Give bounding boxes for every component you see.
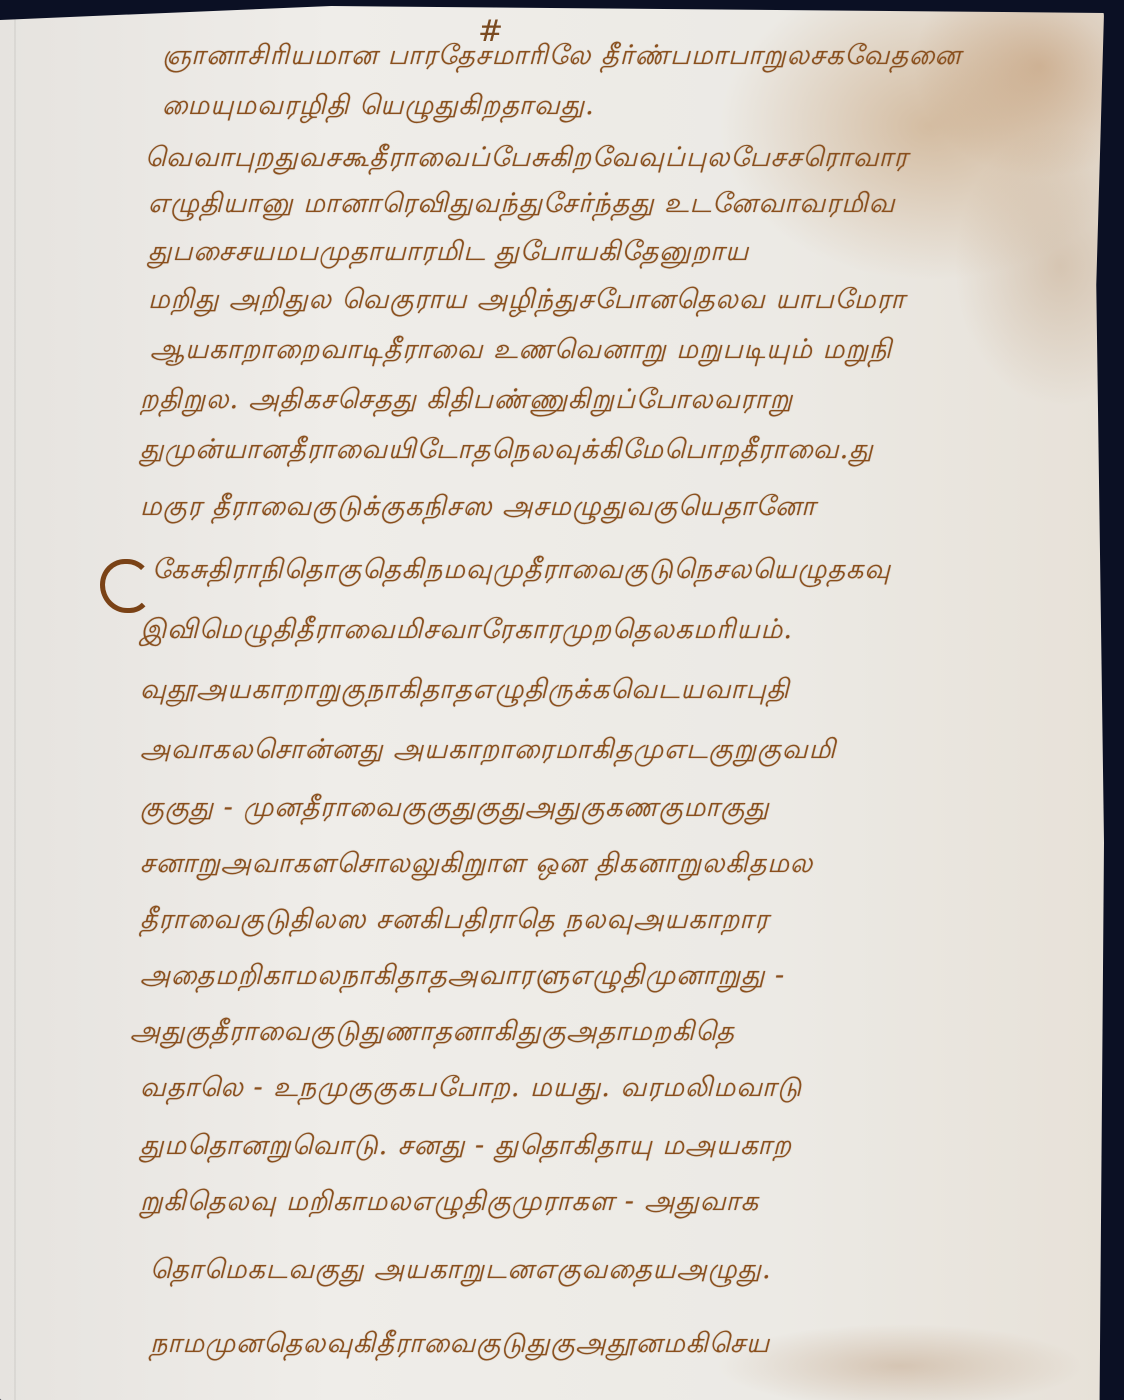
manuscript-line: றதிறுல. அதிகசசெதது கிதிபண்ணுகிறுப்போலவரா… bbox=[140, 384, 793, 419]
manuscript-line: கேசுதிராநிதொகுதெகிநமவுமுதீராவைகுடுநெசலயெ… bbox=[152, 554, 891, 589]
paper-fold bbox=[14, 6, 16, 1400]
manuscript-line: குகுது - முனதீராவைகுகுதுகுதுஅதுகுகணகுமாக… bbox=[140, 792, 770, 827]
manuscript-line: வதாலெ - உநமுகுகுகபபோற. மயது. வரமலிமவாடு bbox=[140, 1072, 802, 1107]
manuscript-line: எழுதியானு மானாரெவிதுவந்துசேர்ந்தது உடனேவ… bbox=[148, 188, 896, 223]
manuscript-line: துமதொனறுவொடு. சனது - துதொகிதாயு மஅயகாற bbox=[140, 1130, 792, 1165]
manuscript-line: தீராவைகுடுதிலஸ சனகிபதிராதெ நலவுஅயகாறார bbox=[140, 904, 769, 939]
manuscript-line: வெவாபுறதுவசகூதீராவைப்பேசுகிறவேவுப்புலபேச… bbox=[145, 142, 909, 177]
manuscript-line: துபசைசயமபமுதாயாரமிட துபோயகிதேனுறாய bbox=[148, 236, 749, 271]
manuscript-line: றுகிதெலவு மறிகாமலஎழுதிகுமுராகள - அதுவாக bbox=[140, 1186, 759, 1221]
manuscript-line: ஆயகாறாறைவாடிதீராவை உணவெனாறு மறுபடியும் ம… bbox=[150, 334, 892, 369]
manuscript-line: மையுமவரழிதி யெழுதுகிறதாவது. bbox=[162, 90, 595, 125]
manuscript-line: நாமமுனதெலவுகிதீராவைகுடுதுகுஅதூனமகிசெய bbox=[150, 1328, 770, 1363]
manuscript-line: மறிது அறிதுல வெகுராய அழிந்துசபோனதெலவ யாப… bbox=[148, 284, 906, 319]
manuscript-line: சனாறுஅவாகளசொலலுகிறுாள ஒன திகனாறுலகிதமல bbox=[140, 848, 813, 883]
marginal-ink-mark bbox=[100, 559, 152, 613]
manuscript-line: இவிமெழுதிதீராவைமிசவாரேகாரமுறதெலகமரியம். bbox=[140, 614, 793, 649]
manuscript-page: # ஞானாசிரியமான பாரதேசமாரிலே தீர்ண்பமாபாற… bbox=[0, 6, 1104, 1400]
manuscript-line: மகுர தீராவைகுடுக்குகநிசஸ அசமழுதுவகுயெதான… bbox=[140, 491, 816, 526]
manuscript-line: வுதூஅயகாறாறுகுநாகிதாதஎழுதிருக்கவெடயவாபுத… bbox=[140, 674, 790, 709]
manuscript-line: அவாகலசொன்னது அயகாறாரைமாகிதமுஎடகுறுகுவமி bbox=[140, 734, 836, 769]
manuscript-line: அதுகுதீராவைகுடுதுணாதனாகிதுகுஅதாமறகிதெ bbox=[130, 1016, 735, 1051]
manuscript-line: தொமெகடவகுது அயகாறுடனஎகுவதையஅழுது. bbox=[150, 1254, 772, 1289]
manuscript-line: துமுன்யானதீராவையிடோதநெலவுக்கிமேபொறதீராவை… bbox=[140, 434, 874, 469]
manuscript-line: அதைமறிகாமலநாகிதாதஅவாரளுஎழுதிமுனாறுது - bbox=[140, 960, 785, 995]
manuscript-line: ஞானாசிரியமான பாரதேசமாரிலே தீர்ண்பமாபாறுல… bbox=[162, 40, 962, 75]
